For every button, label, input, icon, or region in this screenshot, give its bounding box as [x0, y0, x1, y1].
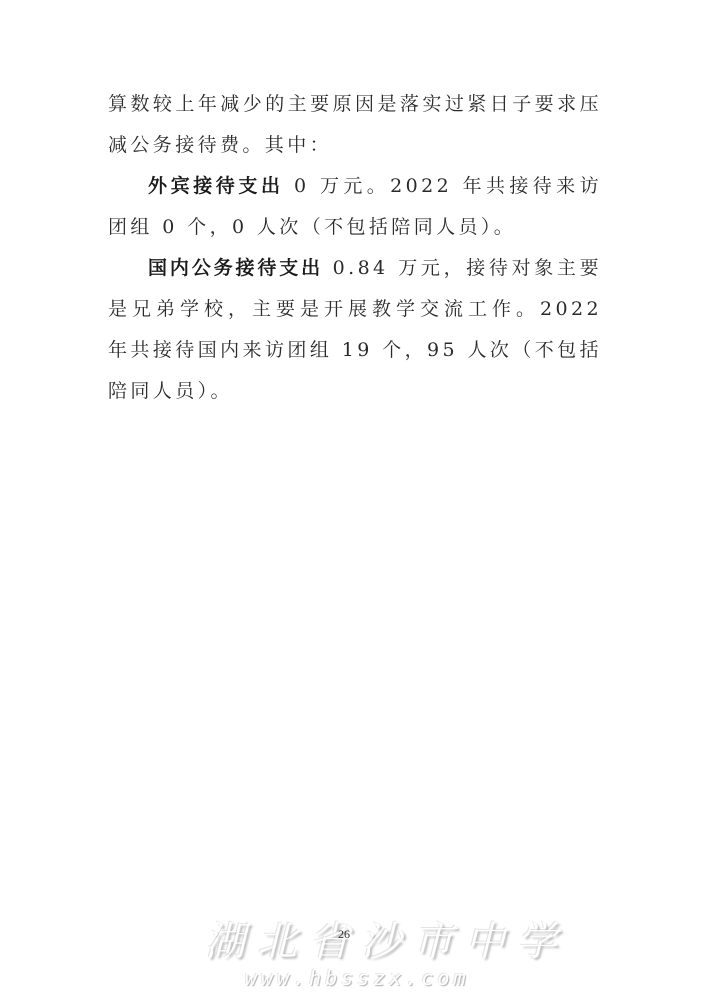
paragraph-lead-heading: 外宾接待支出: [148, 175, 284, 197]
document-page: 算数较上年减少的主要原因是落实过紧日子要求压减公务接待费。其中： 外宾接待支出 …: [0, 0, 707, 1000]
paragraph-domestic-reception: 国内公务接待支出 0.84 万元，接待对象主要是兄弟学校，主要是开展教学交流工作…: [108, 248, 602, 412]
page-number: 26: [338, 927, 350, 942]
watermark: 湖北省沙市中学 www.hbsszx.com: [205, 908, 515, 988]
body-text: 算数较上年减少的主要原因是落实过紧日子要求压减公务接待费。其中： 外宾接待支出 …: [108, 84, 602, 412]
watermark-title: 湖北省沙市中学: [205, 910, 569, 967]
paragraph-foreign-guest-reception: 外宾接待支出 0 万元。2022 年共接待来访团组 0 个，0 人次（不包括陪同…: [108, 166, 602, 248]
watermark-url: www.hbsszx.com: [245, 966, 470, 990]
paragraph-continuation: 算数较上年减少的主要原因是落实过紧日子要求压减公务接待费。其中：: [108, 84, 602, 166]
paragraph-text: 算数较上年减少的主要原因是落实过紧日子要求压减公务接待费。其中：: [108, 93, 602, 156]
paragraph-lead-heading: 国内公务接待支出: [148, 257, 323, 279]
